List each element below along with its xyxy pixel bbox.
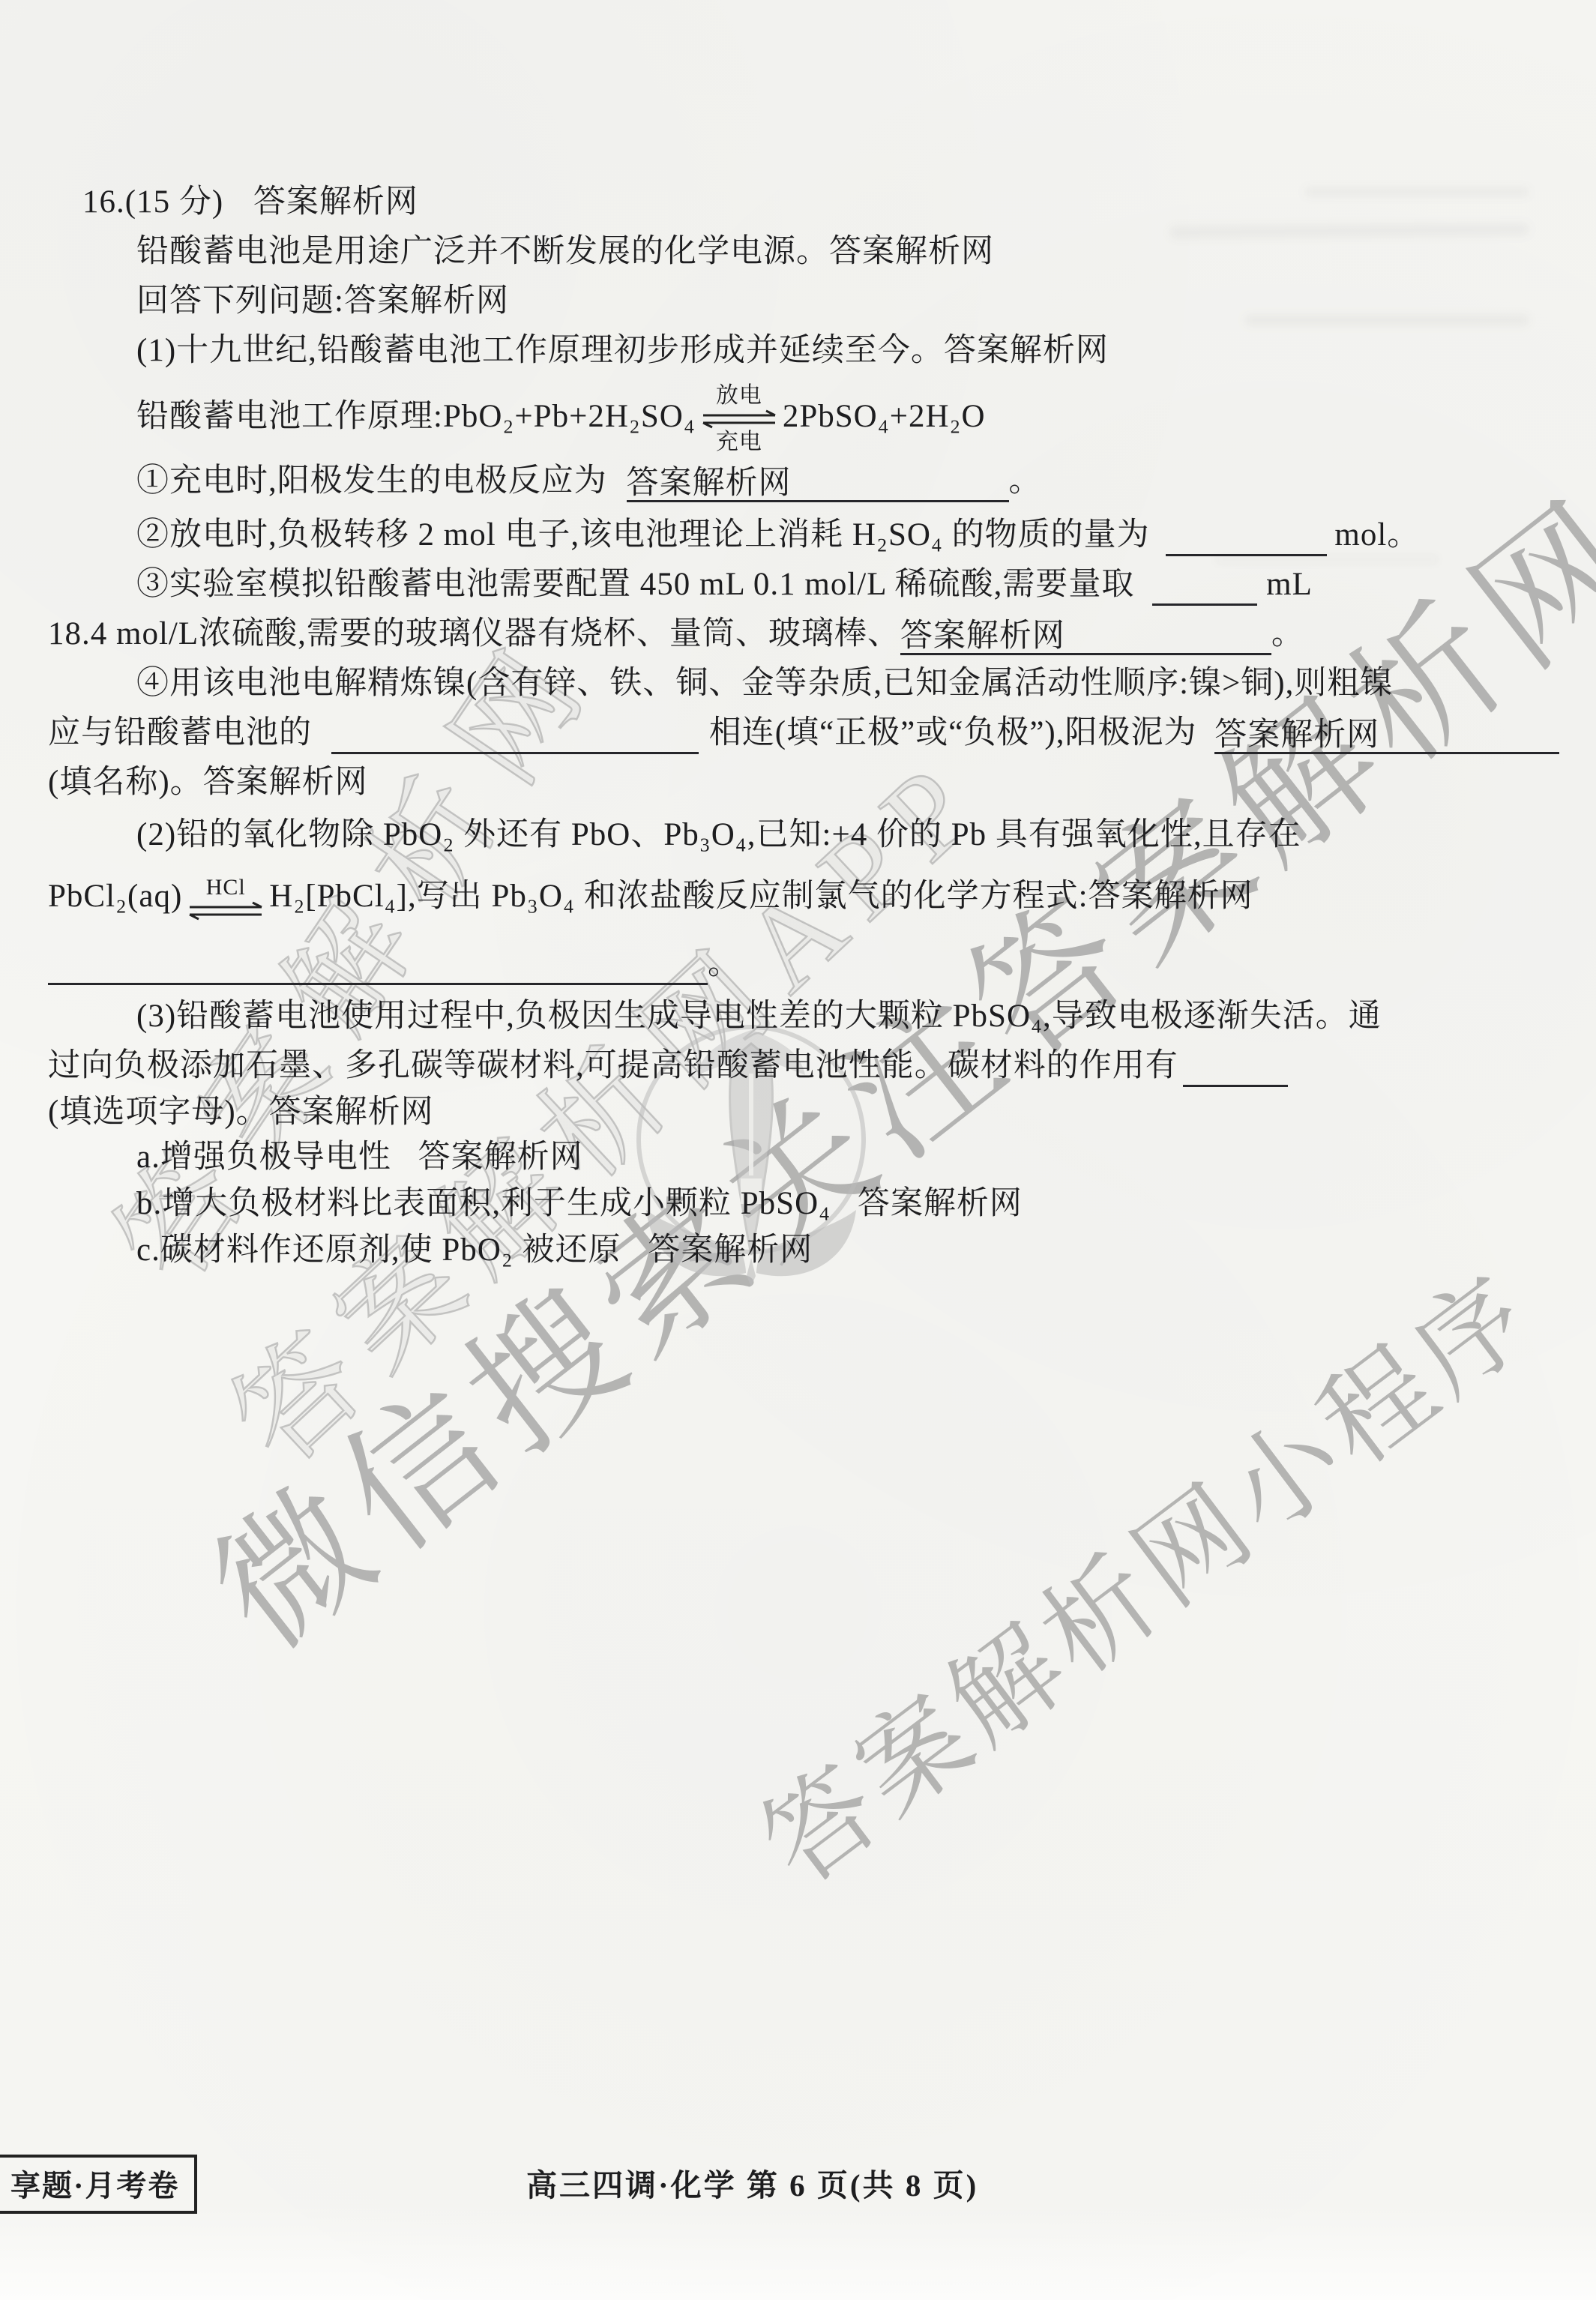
part2-equation-line: PbCl₂(aq) HCl H₂[PbCl₄],写出 Pb₃O₄ 和浓盐酸反应制… bbox=[48, 876, 1253, 922]
reversible-arrow: 放电 充电 bbox=[700, 384, 778, 454]
discharge-label: 放电 bbox=[716, 384, 762, 408]
part2-eq-pre: PbCl₂(aq) bbox=[48, 879, 182, 914]
period: 。 bbox=[1009, 463, 1042, 499]
part3-line: (3)铅酸蓄电池使用过程中,负极因生成导电性差的大颗粒 PbSO₄,导致电极逐渐… bbox=[136, 996, 1382, 1038]
exam-page: 答案解析网 答案解析网APP 微信搜索关注答案解析网 答案解析网小程序 16.(… bbox=[0, 0, 1596, 2300]
item3-cont-text: 18.4 mol/L浓硫酸,需要的玻璃仪器有烧杯、量筒、玻璃棒、 bbox=[48, 616, 900, 651]
answer-blank bbox=[331, 714, 699, 754]
inline-watermark: 答案解析网 bbox=[418, 1140, 583, 1175]
item4-tail-text: (填名称)。 bbox=[48, 765, 203, 800]
item4-fill-note-line: (填名称)。答案解析网 bbox=[48, 762, 368, 804]
fill-note-text: (填选项字母)。 bbox=[48, 1095, 269, 1130]
inline-watermark: 答案解析网 bbox=[627, 466, 792, 501]
inline-watermark: 答案解析网 bbox=[648, 1232, 813, 1268]
intro-text: 铅酸蓄电池是用途广泛并不断发展的化学电源。 bbox=[136, 234, 829, 269]
answer-blank: 答案解析网 bbox=[1214, 714, 1559, 754]
part3-cont-text: 过向负极添加石墨、多孔碳等碳材料,可提高铅酸蓄电池性能。碳材料的作用有 bbox=[48, 1048, 1178, 1083]
question-16-header: 16.(15 分) 答案解析网 bbox=[82, 181, 418, 223]
item3-continuation-line: 18.4 mol/L浓硫酸,需要的玻璃仪器有烧杯、量筒、玻璃棒、答案解析网。 bbox=[48, 613, 1304, 655]
part2-text: (2)铅的氧化物除 PbO₂ 外还有 PbO、Pb₃O₄,已知:+4 价的 Pb… bbox=[136, 817, 1301, 852]
inline-watermark: 答案解析网 bbox=[1214, 717, 1379, 753]
period: 。 bbox=[708, 946, 741, 981]
answer-blank bbox=[48, 945, 708, 985]
reversible-arrow-hcl: HCl bbox=[187, 876, 265, 922]
question-intro-line: 铅酸蓄电池是用途广泛并不断发展的化学电源。答案解析网 bbox=[136, 231, 994, 273]
item1-text: ①充电时,阳极发生的电极反应为 bbox=[136, 463, 607, 499]
hcl-label: HCl bbox=[206, 876, 246, 900]
inline-watermark: 答案解析网 bbox=[900, 618, 1065, 654]
option-a-text: a.增强负极导电性 bbox=[136, 1140, 391, 1175]
item1-line: ①充电时,阳极发生的电极反应为 答案解析网。 bbox=[136, 460, 1042, 502]
part2-eq-post: H₂[PbCl₄],写出 Pb₃O₄ 和浓盐酸反应制氯气的化学方程式: bbox=[269, 879, 1088, 914]
inline-watermark: 答案解析网 bbox=[1088, 879, 1253, 914]
equilibrium-arrow-icon bbox=[700, 409, 778, 429]
option-c-text: c.碳材料作还原剂,使 PbO₂ 被还原 bbox=[136, 1232, 621, 1268]
answer-blank bbox=[1166, 517, 1327, 556]
inline-watermark: 答案解析网 bbox=[253, 184, 418, 220]
part3-continuation-line: 过向负极添加石墨、多孔碳等碳材料,可提高铅酸蓄电池性能。碳材料的作用有 bbox=[48, 1045, 1288, 1087]
footer-page-text: 高三四调·化学 第 6 页(共 8 页) bbox=[526, 2168, 978, 2203]
watermark-mini-program: 答案解析网小程序 bbox=[725, 1229, 1561, 1913]
option-b-line: b.增大负极材料比表面积,利于生成小颗粒 PbSO₄ 答案解析网 bbox=[136, 1183, 1023, 1225]
item3-line: ③实验室模拟铅酸蓄电池需要配置 450 mL 0.1 mol/L 稀硫酸,需要量… bbox=[136, 564, 1313, 606]
inline-watermark: 答案解析网 bbox=[858, 1186, 1023, 1221]
inline-watermark: 答案解析网 bbox=[269, 1095, 434, 1130]
part1-equation-line: 铅酸蓄电池工作原理:PbO₂+Pb+2H₂SO₄ 放电 充电 2PbSO₄+2H… bbox=[136, 384, 986, 454]
part1-text: (1)十九世纪,铅酸蓄电池工作原理初步形成并延续至今。 bbox=[136, 333, 944, 368]
item4-text: ④用该电池电解精炼镍(含有锌、铁、铜、金等杂质,已知金属活动性顺序:镍>铜),则… bbox=[136, 666, 1393, 701]
inline-watermark: 答案解析网 bbox=[344, 283, 509, 319]
option-a-line: a.增强负极导电性 答案解析网 bbox=[136, 1137, 583, 1178]
charge-label: 充电 bbox=[716, 430, 762, 454]
inline-watermark: 答案解析网 bbox=[203, 765, 368, 800]
inline-watermark: 答案解析网 bbox=[829, 234, 994, 269]
answer-blank: 答案解析网 bbox=[900, 615, 1271, 655]
equation-left-side: PbO₂+Pb+2H₂SO₄ bbox=[443, 399, 696, 434]
item4-mid-text: 相连(填“正极”或“负极”),阳极泥为 bbox=[709, 715, 1197, 750]
answer-blank: 答案解析网 bbox=[627, 463, 1009, 502]
part3-fill-note-line: (填选项字母)。答案解析网 bbox=[48, 1092, 434, 1134]
footer-page-info: 高三四调·化学 第 6 页(共 8 页) bbox=[526, 2161, 978, 2205]
item2-line: ②放电时,负极转移 2 mol 电子,该电池理论上消耗 H₂SO₄ 的物质的量为… bbox=[136, 514, 1420, 556]
answer-blank bbox=[1183, 1047, 1288, 1087]
equation-label: 铅酸蓄电池工作原理: bbox=[136, 399, 443, 434]
part1-line: (1)十九世纪,铅酸蓄电池工作原理初步形成并延续至今。答案解析网 bbox=[136, 330, 1109, 372]
part2-line: (2)铅的氧化物除 PbO₂ 外还有 PbO、Pb₃O₄,已知:+4 价的 Pb… bbox=[136, 814, 1301, 856]
prompt-text: 回答下列问题: bbox=[136, 283, 344, 319]
equation-right-side: 2PbSO₄+2H₂O bbox=[783, 399, 986, 434]
equilibrium-arrow-icon bbox=[187, 901, 265, 921]
question-number-and-score: 16.(15 分) bbox=[82, 184, 223, 220]
item4-continuation-line: 应与铅酸蓄电池的 相连(填“正极”或“负极”),阳极泥为 答案解析网 bbox=[48, 712, 1559, 754]
item2-unit: mol。 bbox=[1334, 517, 1420, 553]
option-b-text: b.增大负极材料比表面积,利于生成小颗粒 PbSO₄ bbox=[136, 1186, 831, 1221]
prompt-line: 回答下列问题:答案解析网 bbox=[136, 280, 509, 322]
item3-text: ③实验室模拟铅酸蓄电池需要配置 450 mL 0.1 mol/L 稀硫酸,需要量… bbox=[136, 567, 1134, 602]
footer-series-badge: 享题·月考卷 bbox=[0, 2155, 197, 2214]
bleed-through-mark bbox=[1244, 315, 1529, 325]
item4-cont-text: 应与铅酸蓄电池的 bbox=[48, 715, 312, 750]
option-c-line: c.碳材料作还原剂,使 PbO₂ 被还原 答案解析网 bbox=[136, 1229, 813, 1271]
bleed-through-mark bbox=[1304, 187, 1529, 196]
inline-watermark: 答案解析网 bbox=[944, 333, 1109, 368]
item4-line: ④用该电池电解精炼镍(含有锌、铁、铜、金等杂质,已知金属活动性顺序:镍>铜),则… bbox=[136, 663, 1393, 705]
period: 。 bbox=[1271, 616, 1304, 651]
bleed-through-mark bbox=[1169, 223, 1529, 238]
part3-text: (3)铅酸蓄电池使用过程中,负极因生成导电性差的大颗粒 PbSO₄,导致电极逐渐… bbox=[136, 999, 1382, 1034]
footer-series-label: 享题·月考卷 bbox=[10, 2169, 179, 2203]
item2-text: ②放电时,负极转移 2 mol 电子,该电池理论上消耗 H₂SO₄ 的物质的量为 bbox=[136, 517, 1150, 553]
item3-unit: mL bbox=[1266, 567, 1313, 602]
part2-answer-line: 。 bbox=[48, 943, 741, 985]
answer-blank bbox=[1152, 566, 1257, 606]
